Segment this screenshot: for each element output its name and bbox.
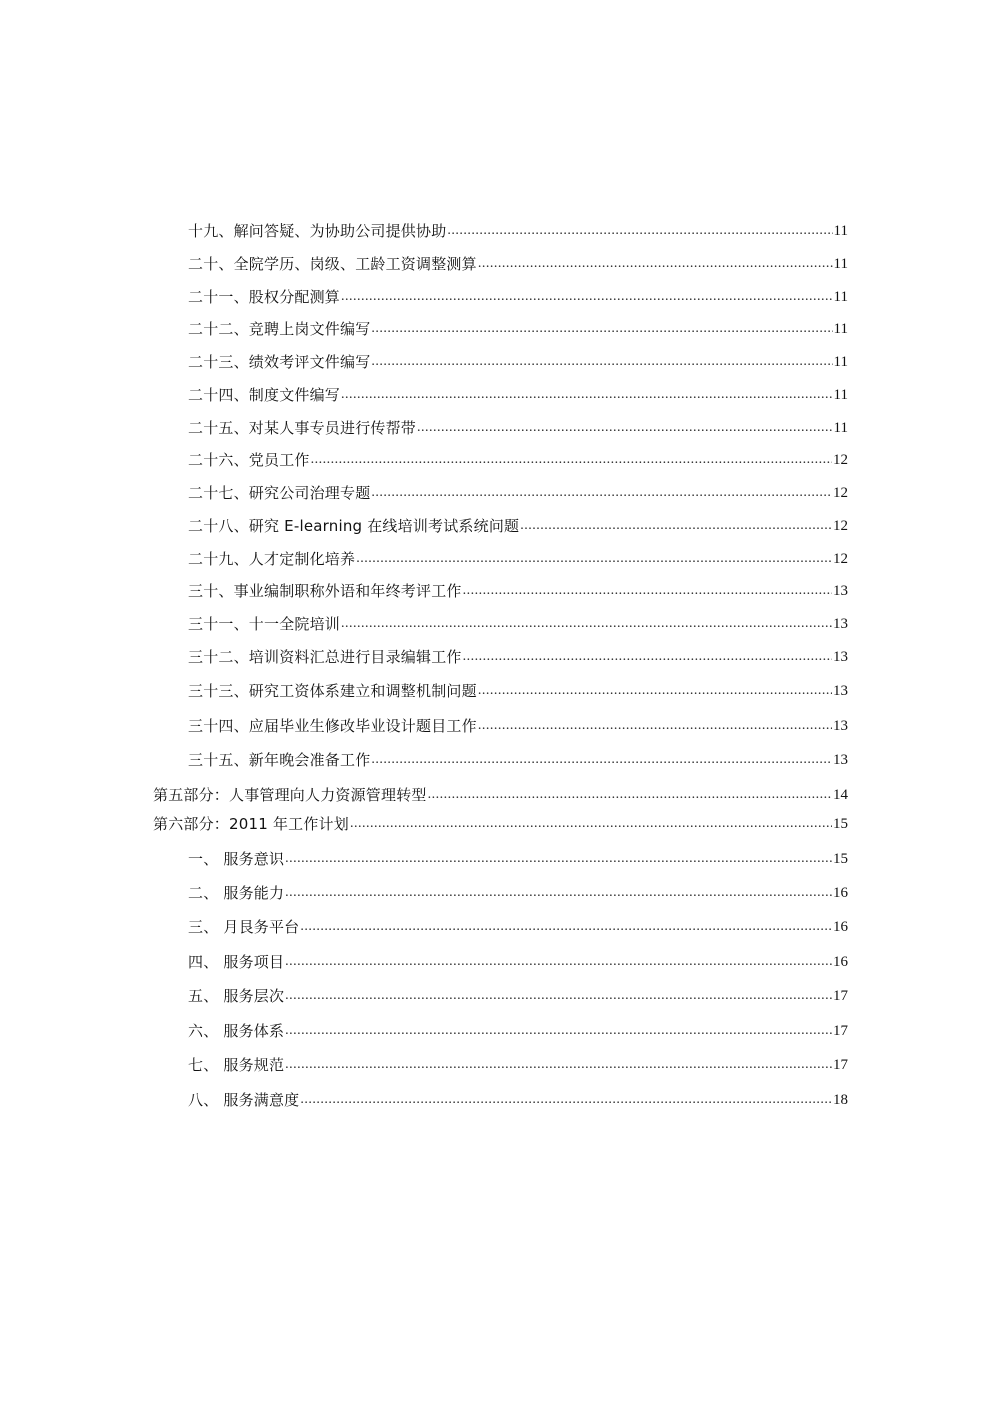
toc-page-number: 11 [834, 287, 848, 307]
toc-entry[interactable]: 二、 服务能力 16 [188, 881, 848, 903]
toc-page-number: 15 [833, 814, 848, 834]
toc-page-number: 11 [834, 254, 848, 274]
toc-entry[interactable]: 三十二、培训资料汇总进行目录编辑工作 13 [188, 645, 848, 667]
toc-dot-leader [350, 814, 832, 834]
toc-entry-title: 五、 服务层次 [188, 986, 284, 1006]
toc-entry[interactable]: 三十三、研究工资体系建立和调整机制问题 13 [188, 679, 848, 701]
toc-dot-leader [447, 221, 832, 241]
toc-entry-title: 三十一、十一全院培训 [188, 614, 340, 634]
toc-entry[interactable]: 三十四、应届毕业生修改毕业设计题目工作 13 [188, 714, 848, 736]
toc-entry-title: 三十四、应届毕业生修改毕业设计题目工作 [188, 716, 477, 736]
toc-entry[interactable]: 八、 服务满意度 18 [188, 1088, 848, 1110]
toc-entry[interactable]: 五、 服务层次 17 [188, 984, 848, 1006]
toc-entry-title: 二十三、绩效考评文件编写 [188, 352, 370, 372]
toc-dot-leader [417, 418, 833, 438]
toc-dot-leader [285, 883, 832, 903]
toc-entry[interactable]: 一、 服务意识 15 [188, 847, 848, 869]
toc-entry-title: 十九、解问答疑、为协助公司提供协助 [188, 221, 446, 241]
toc-page-number: 11 [834, 352, 848, 372]
toc-page-number: 13 [833, 614, 848, 634]
toc-dot-leader [371, 352, 832, 372]
toc-entry[interactable]: 三、 月艮务平台 16 [188, 915, 848, 937]
toc-page-number: 16 [833, 952, 848, 972]
toc-dot-leader [285, 1055, 832, 1075]
toc-page-number: 13 [833, 647, 848, 667]
toc-page-number: 16 [833, 917, 848, 937]
toc-dot-leader [478, 254, 833, 274]
toc-section-entry[interactable]: 第五部分：人事管理向人力资源管理转型 14 [153, 783, 848, 805]
toc-dot-leader [285, 986, 832, 1006]
toc-dot-leader [520, 516, 832, 536]
toc-entry-title: 二十四、制度文件编写 [188, 385, 340, 405]
toc-dot-leader [300, 1090, 832, 1110]
toc-entry[interactable]: 二十九、人才定制化培养 12 [188, 547, 848, 569]
toc-entry[interactable]: 二十六、党员工作 12 [188, 448, 848, 470]
toc-entry-title: 三十五、新年晚会准备工作 [188, 750, 370, 770]
toc-entry-title: 二十一、股权分配测算 [188, 287, 340, 307]
toc-entry[interactable]: 二十、全院学历、岗级、工龄工资调整测算 11 [188, 252, 848, 274]
toc-entry[interactable]: 二十四、制度文件编写 11 [188, 383, 848, 405]
toc-page-number: 17 [833, 1021, 848, 1041]
toc-entry-title: 二十五、对某人事专员进行传帮带 [188, 418, 416, 438]
toc-entry[interactable]: 二十一、股权分配测算 11 [188, 285, 848, 307]
toc-entry[interactable]: 二十八、研究 E-learning 在线培训考试系统问题 12 [188, 514, 848, 536]
toc-dot-leader [341, 287, 833, 307]
document-page: 十九、解问答疑、为协助公司提供协助 11 二十、全院学历、岗级、工龄工资调整测算… [0, 0, 1000, 1415]
toc-page-number: 12 [833, 549, 848, 569]
toc-entry[interactable]: 二十五、对某人事专员进行传帮带 11 [188, 416, 848, 438]
toc-entry[interactable]: 二十七、研究公司治理专题 12 [188, 481, 848, 503]
toc-page-number: 12 [833, 516, 848, 536]
toc-entry-title: 二十八、研究 E-learning 在线培训考试系统问题 [188, 516, 519, 536]
toc-entry[interactable]: 二十三、绩效考评文件编写 11 [188, 350, 848, 372]
toc-page-number: 16 [833, 883, 848, 903]
toc-entry[interactable]: 三十一、十一全院培训 13 [188, 612, 848, 634]
toc-dot-leader [285, 1021, 832, 1041]
toc-dot-leader [285, 952, 832, 972]
toc-dot-leader [478, 716, 832, 736]
toc-page-number: 11 [834, 385, 848, 405]
toc-page-number: 12 [833, 483, 848, 503]
toc-entry-title: 二十六、党员工作 [188, 450, 310, 470]
toc-entry-title: 三十、事业编制职称外语和年终考评工作 [188, 581, 462, 601]
toc-page-number: 13 [833, 581, 848, 601]
toc-dot-leader [285, 849, 832, 869]
toc-entry-title: 二、 服务能力 [188, 883, 284, 903]
toc-entry-title: 七、 服务规范 [188, 1055, 284, 1075]
toc-dot-leader [341, 385, 833, 405]
toc-page-number: 11 [834, 319, 848, 339]
toc-dot-leader [356, 549, 832, 569]
toc-entry[interactable]: 四、 服务项目 16 [188, 950, 848, 972]
toc-entry-title: 第六部分：2011 年工作计划 [153, 814, 349, 834]
toc-page-number: 13 [833, 681, 848, 701]
toc-page-number: 15 [833, 849, 848, 869]
toc-dot-leader [300, 917, 832, 937]
toc-entry-title: 二十二、竞聘上岗文件编写 [188, 319, 370, 339]
toc-entry-title: 六、 服务体系 [188, 1021, 284, 1041]
toc-entry[interactable]: 十九、解问答疑、为协助公司提供协助 11 [188, 219, 848, 241]
toc-entry[interactable]: 三十五、新年晚会准备工作 13 [188, 748, 848, 770]
toc-entry[interactable]: 三十、事业编制职称外语和年终考评工作 13 [188, 579, 848, 601]
toc-page-number: 14 [833, 785, 848, 805]
toc-dot-leader [463, 647, 832, 667]
toc-dot-leader [311, 450, 832, 470]
toc-entry-title: 二十九、人才定制化培养 [188, 549, 355, 569]
toc-dot-leader [341, 614, 832, 634]
toc-entry-title: 二十、全院学历、岗级、工龄工资调整测算 [188, 254, 477, 274]
toc-dot-leader [463, 581, 832, 601]
toc-dot-leader [428, 785, 832, 805]
toc-page-number: 12 [833, 450, 848, 470]
toc-page-number: 13 [833, 716, 848, 736]
toc-entry[interactable]: 二十二、竞聘上岗文件编写 11 [188, 317, 848, 339]
toc-entry-title: 八、 服务满意度 [188, 1090, 299, 1110]
toc-entry[interactable]: 六、 服务体系 17 [188, 1019, 848, 1041]
toc-dot-leader [371, 483, 832, 503]
toc-page-number: 11 [834, 221, 848, 241]
toc-section-entry[interactable]: 第六部分：2011 年工作计划 15 [153, 812, 848, 834]
toc-entry-title: 三、 月艮务平台 [188, 917, 299, 937]
toc-entry-title: 三十三、研究工资体系建立和调整机制问题 [188, 681, 477, 701]
toc-entry-title: 三十二、培训资料汇总进行目录编辑工作 [188, 647, 462, 667]
toc-dot-leader [371, 319, 832, 339]
toc-page-number: 11 [834, 418, 848, 438]
toc-page-number: 17 [833, 1055, 848, 1075]
toc-dot-leader [478, 681, 832, 701]
toc-entry-title: 一、 服务意识 [188, 849, 284, 869]
toc-page-number: 13 [833, 750, 848, 770]
toc-entry[interactable]: 七、 服务规范 17 [188, 1053, 848, 1075]
toc-page-number: 18 [833, 1090, 848, 1110]
toc-entry-title: 第五部分：人事管理向人力资源管理转型 [153, 785, 427, 805]
toc-entry-title: 二十七、研究公司治理专题 [188, 483, 370, 503]
toc-dot-leader [371, 750, 832, 770]
toc-entry-title: 四、 服务项目 [188, 952, 284, 972]
toc-page-number: 17 [833, 986, 848, 1006]
